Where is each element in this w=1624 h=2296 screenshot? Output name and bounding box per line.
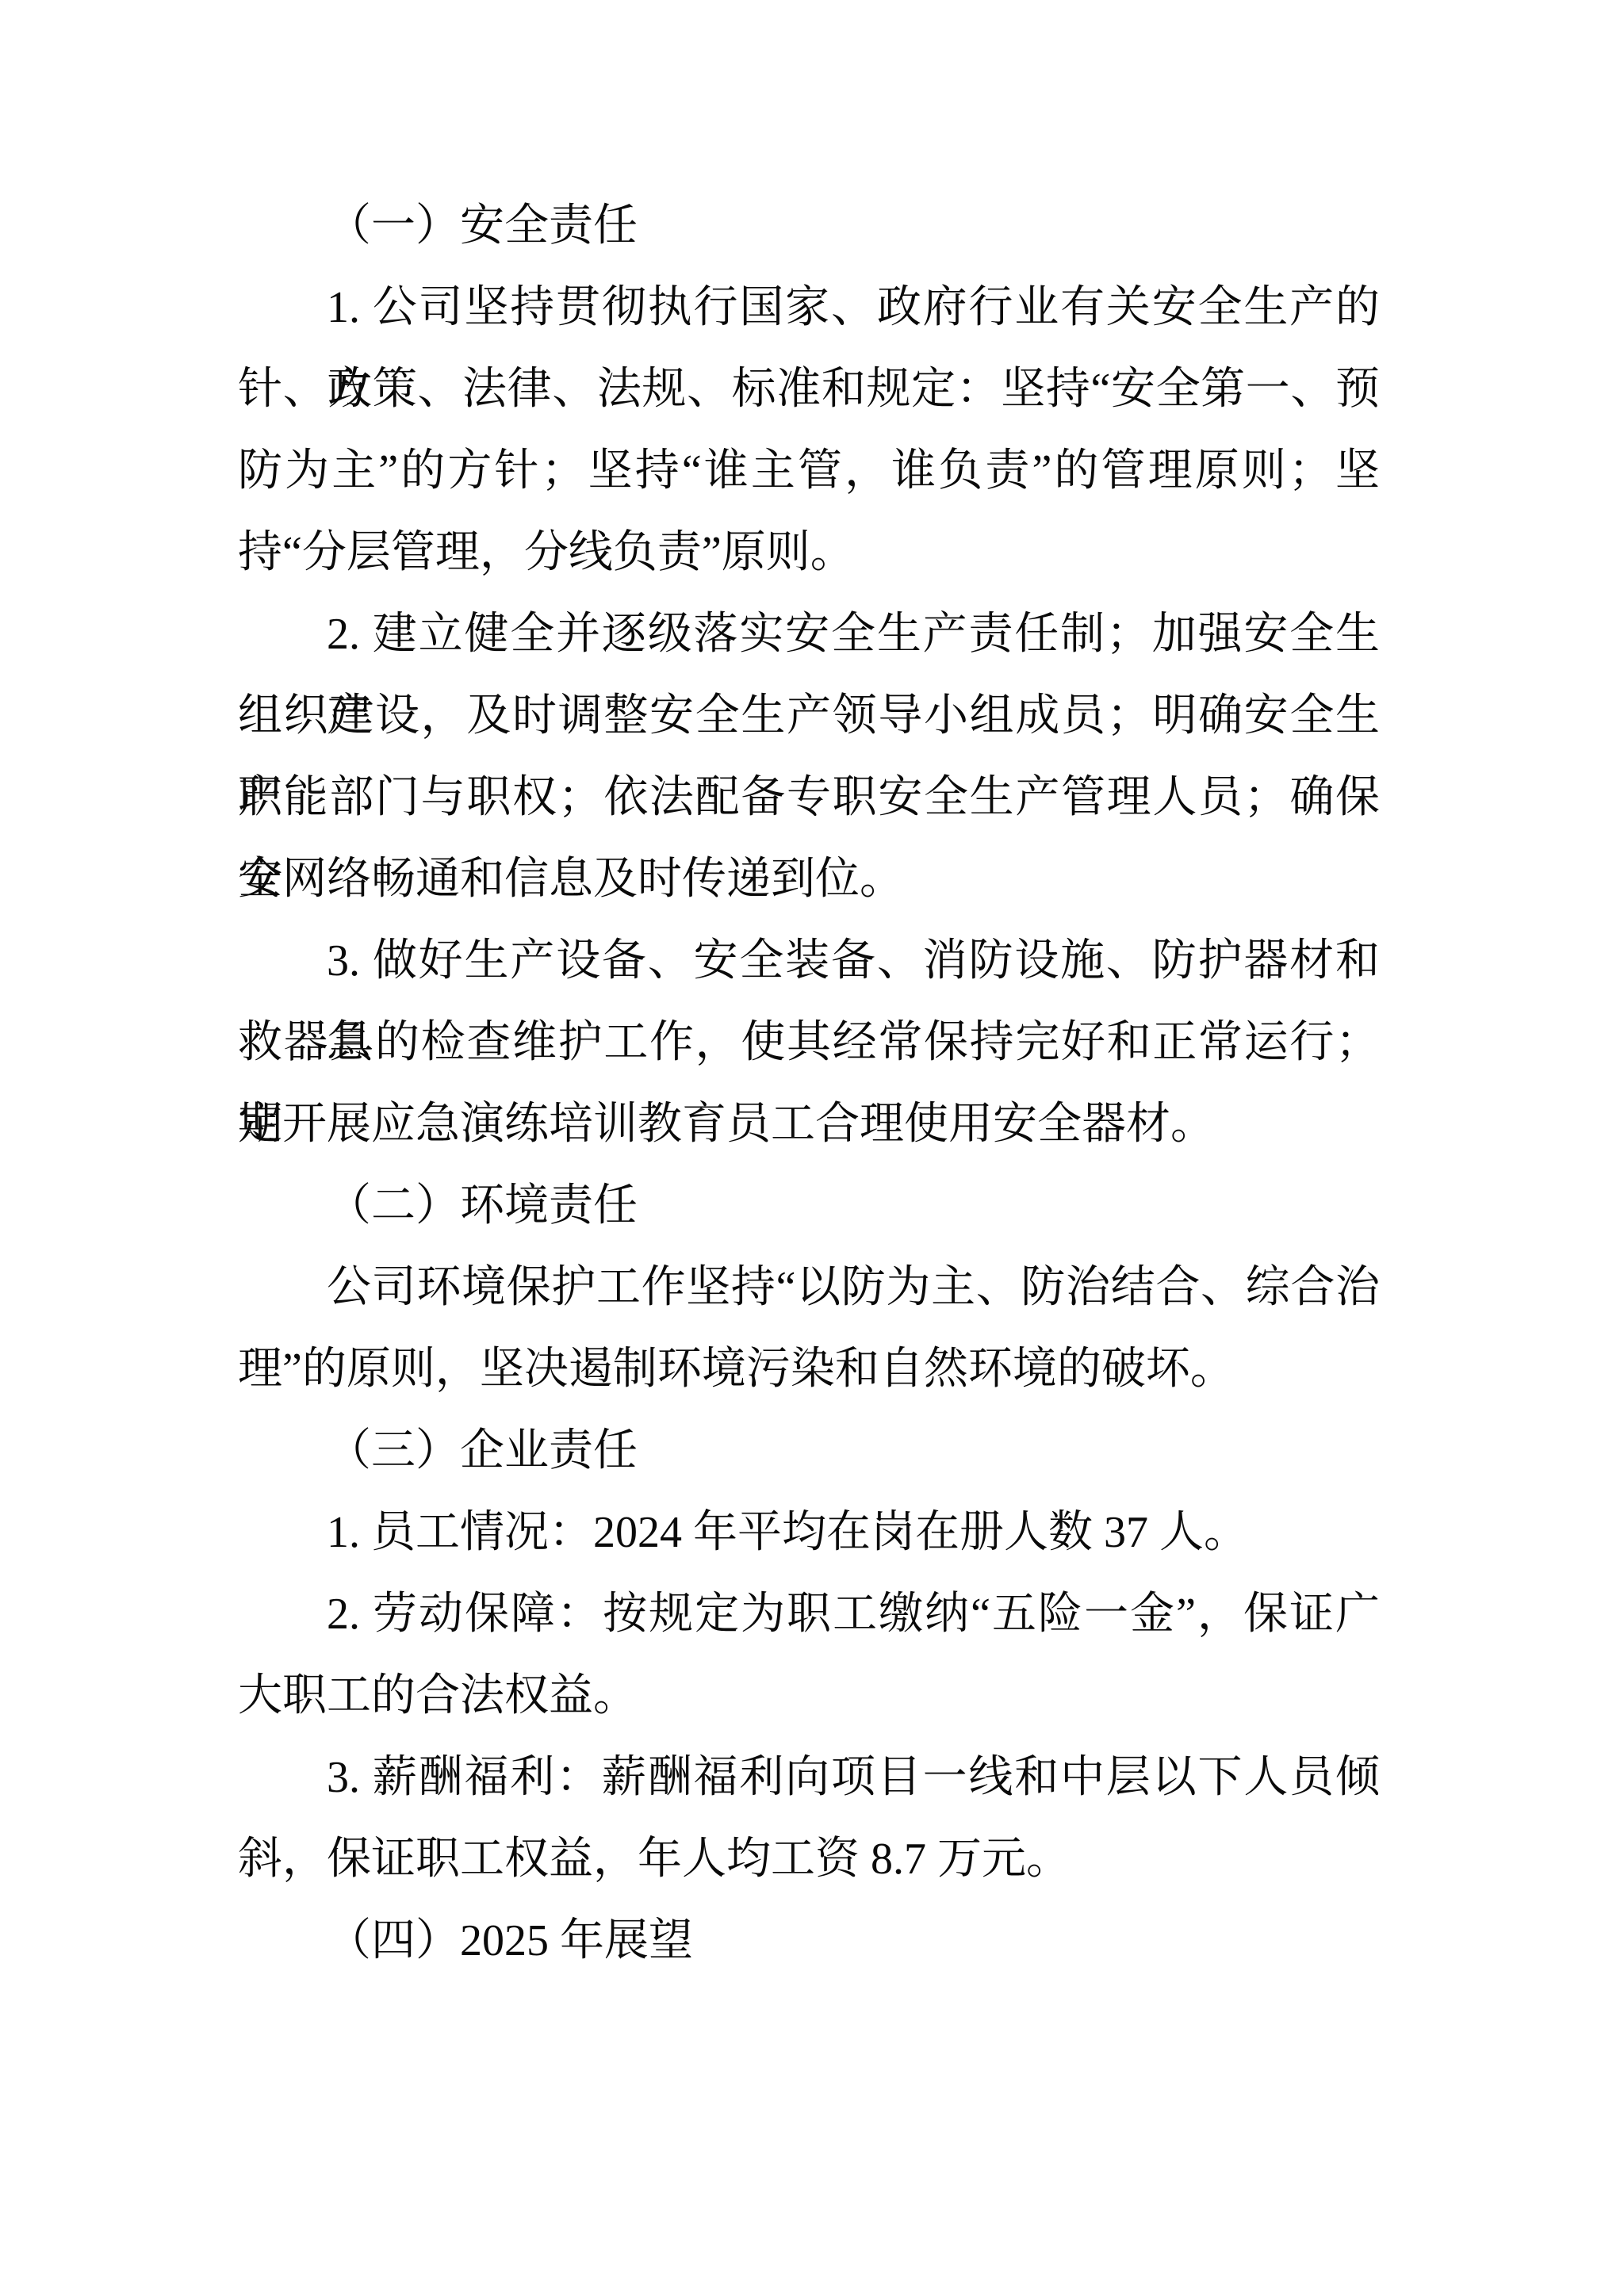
- text-line: 1. 公司坚持贯彻执行国家、政府行业有关安全生产的方: [238, 267, 1380, 349]
- text-line: 1. 员工情况：2024 年平均在岗在册人数 37 人。: [238, 1492, 1380, 1574]
- text-line: 职能部门与职权；依法配备专职安全生产管理人员；确保安: [238, 757, 1380, 839]
- text-line: 2. 劳动保障：按规定为职工缴纳“五险一金”，保证广: [238, 1574, 1380, 1655]
- text-line: （四）2025 年展望: [238, 1900, 1380, 1982]
- text-line: 期开展应急演练培训教育员工合理使用安全器材。: [238, 1084, 1380, 1165]
- text-line: 2. 建立健全并逐级落实安全生产责任制；加强安全生产: [238, 594, 1380, 675]
- text-line: 持“分层管理，分线负责”原则。: [238, 512, 1380, 594]
- text-line: 救器具的检查维护工作，使其经常保持完好和正常运行；定: [238, 1002, 1380, 1084]
- text-line: 理”的原则，坚决遏制环境污染和自然环境的破坏。: [238, 1329, 1380, 1410]
- document-page: （一）安全责任1. 公司坚持贯彻执行国家、政府行业有关安全生产的方针、政策、法律…: [0, 0, 1624, 2296]
- text-line: 针、政策、法律、法规、标准和规定：坚持“安全第一、预: [238, 349, 1380, 430]
- text-line: （一）安全责任: [238, 186, 1380, 267]
- text-line: （二）环境责任: [238, 1165, 1380, 1247]
- text-line: 全网络畅通和信息及时传递到位。: [238, 839, 1380, 920]
- text-line: 斜，保证职工权益，年人均工资 8.7 万元。: [238, 1819, 1380, 1900]
- text-line: 组织建设，及时调整安全生产领导小组成员；明确安全生产: [238, 675, 1380, 757]
- text-line: 防为主”的方针；坚持“谁主管，谁负责”的管理原则；坚: [238, 430, 1380, 512]
- text-line: 3. 薪酬福利：薪酬福利向项目一线和中层以下人员倾: [238, 1737, 1380, 1819]
- text-line: 公司环境保护工作坚持“以防为主、防治结合、综合治: [238, 1247, 1380, 1329]
- text-line: （三）企业责任: [238, 1410, 1380, 1492]
- document-text-block: （一）安全责任1. 公司坚持贯彻执行国家、政府行业有关安全生产的方针、政策、法律…: [238, 186, 1380, 1982]
- text-line: 大职工的合法权益。: [238, 1655, 1380, 1737]
- text-line: 3. 做好生产设备、安全装备、消防设施、防护器材和急: [238, 920, 1380, 1002]
